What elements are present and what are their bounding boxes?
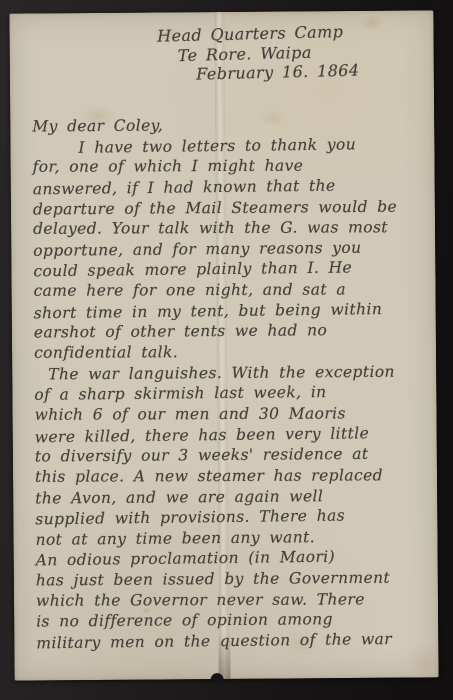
letter-line: came here for one night, and sat a — [34, 279, 426, 301]
photo-background: Head Quarters Camp Te Rore. Waipa Februa… — [0, 0, 453, 700]
letter-paper: Head Quarters Camp Te Rore. Waipa Februa… — [9, 10, 438, 680]
letter-line: has just been issued by the Government — [36, 568, 428, 592]
letter-line: earshot of other tents we had no — [34, 320, 426, 344]
letter-heading: Head Quarters Camp Te Rore. Waipa Februa… — [9, 20, 434, 89]
letter-line: confidential talk. — [34, 341, 426, 363]
letter-body: My dear Coley, I have two letters to tha… — [32, 113, 428, 653]
letter-line: military men on the question of the war — [36, 629, 428, 654]
letter-line: this place. A new steamer has replaced — [35, 465, 427, 487]
letter-line: were killed, there has been very little — [35, 422, 427, 447]
letter-line: which the Governor never saw. There — [36, 589, 428, 611]
letter-line: departure of the Mail Steamers would be — [33, 196, 425, 220]
paper-edge-chip — [211, 673, 224, 682]
letter-line: which 6 of our men and 30 Maoris — [34, 403, 426, 425]
letter-line: delayed. Your talk with the G. was most — [33, 217, 425, 239]
letter-line: of a sharp skirmish last week, in — [34, 381, 426, 405]
